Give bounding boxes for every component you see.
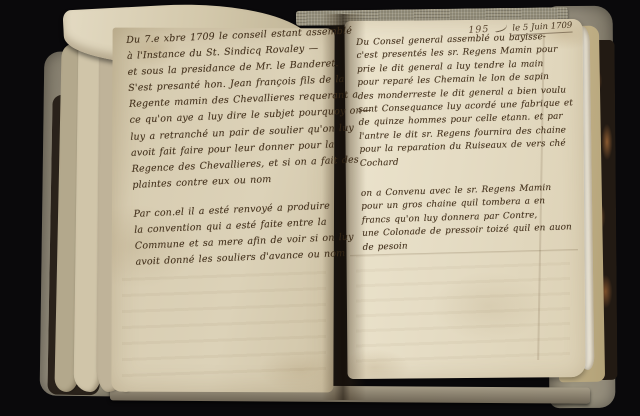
right-paragraph-1: Du Consel general assemblé ou bayisse-c'… [356, 30, 582, 171]
right-page-text: Du Consel general assemblé ou bayisse-c'… [356, 30, 585, 255]
left-paragraph-1: Du 7.e xbre 1709 le conseil estant assem… [126, 24, 339, 193]
photo-backdrop: Du 7.e xbre 1709 le conseil estant assem… [0, 0, 640, 416]
left-paragraph-2: Par con.el il a esté renvoyé a produirel… [133, 198, 342, 271]
left-page-text: Du 7.e xbre 1709 le conseil estant assem… [126, 24, 342, 271]
flourish-stroke [493, 21, 508, 33]
right-paragraph-2: on a Convenu avec le sr. Regens Maminpou… [361, 181, 585, 255]
